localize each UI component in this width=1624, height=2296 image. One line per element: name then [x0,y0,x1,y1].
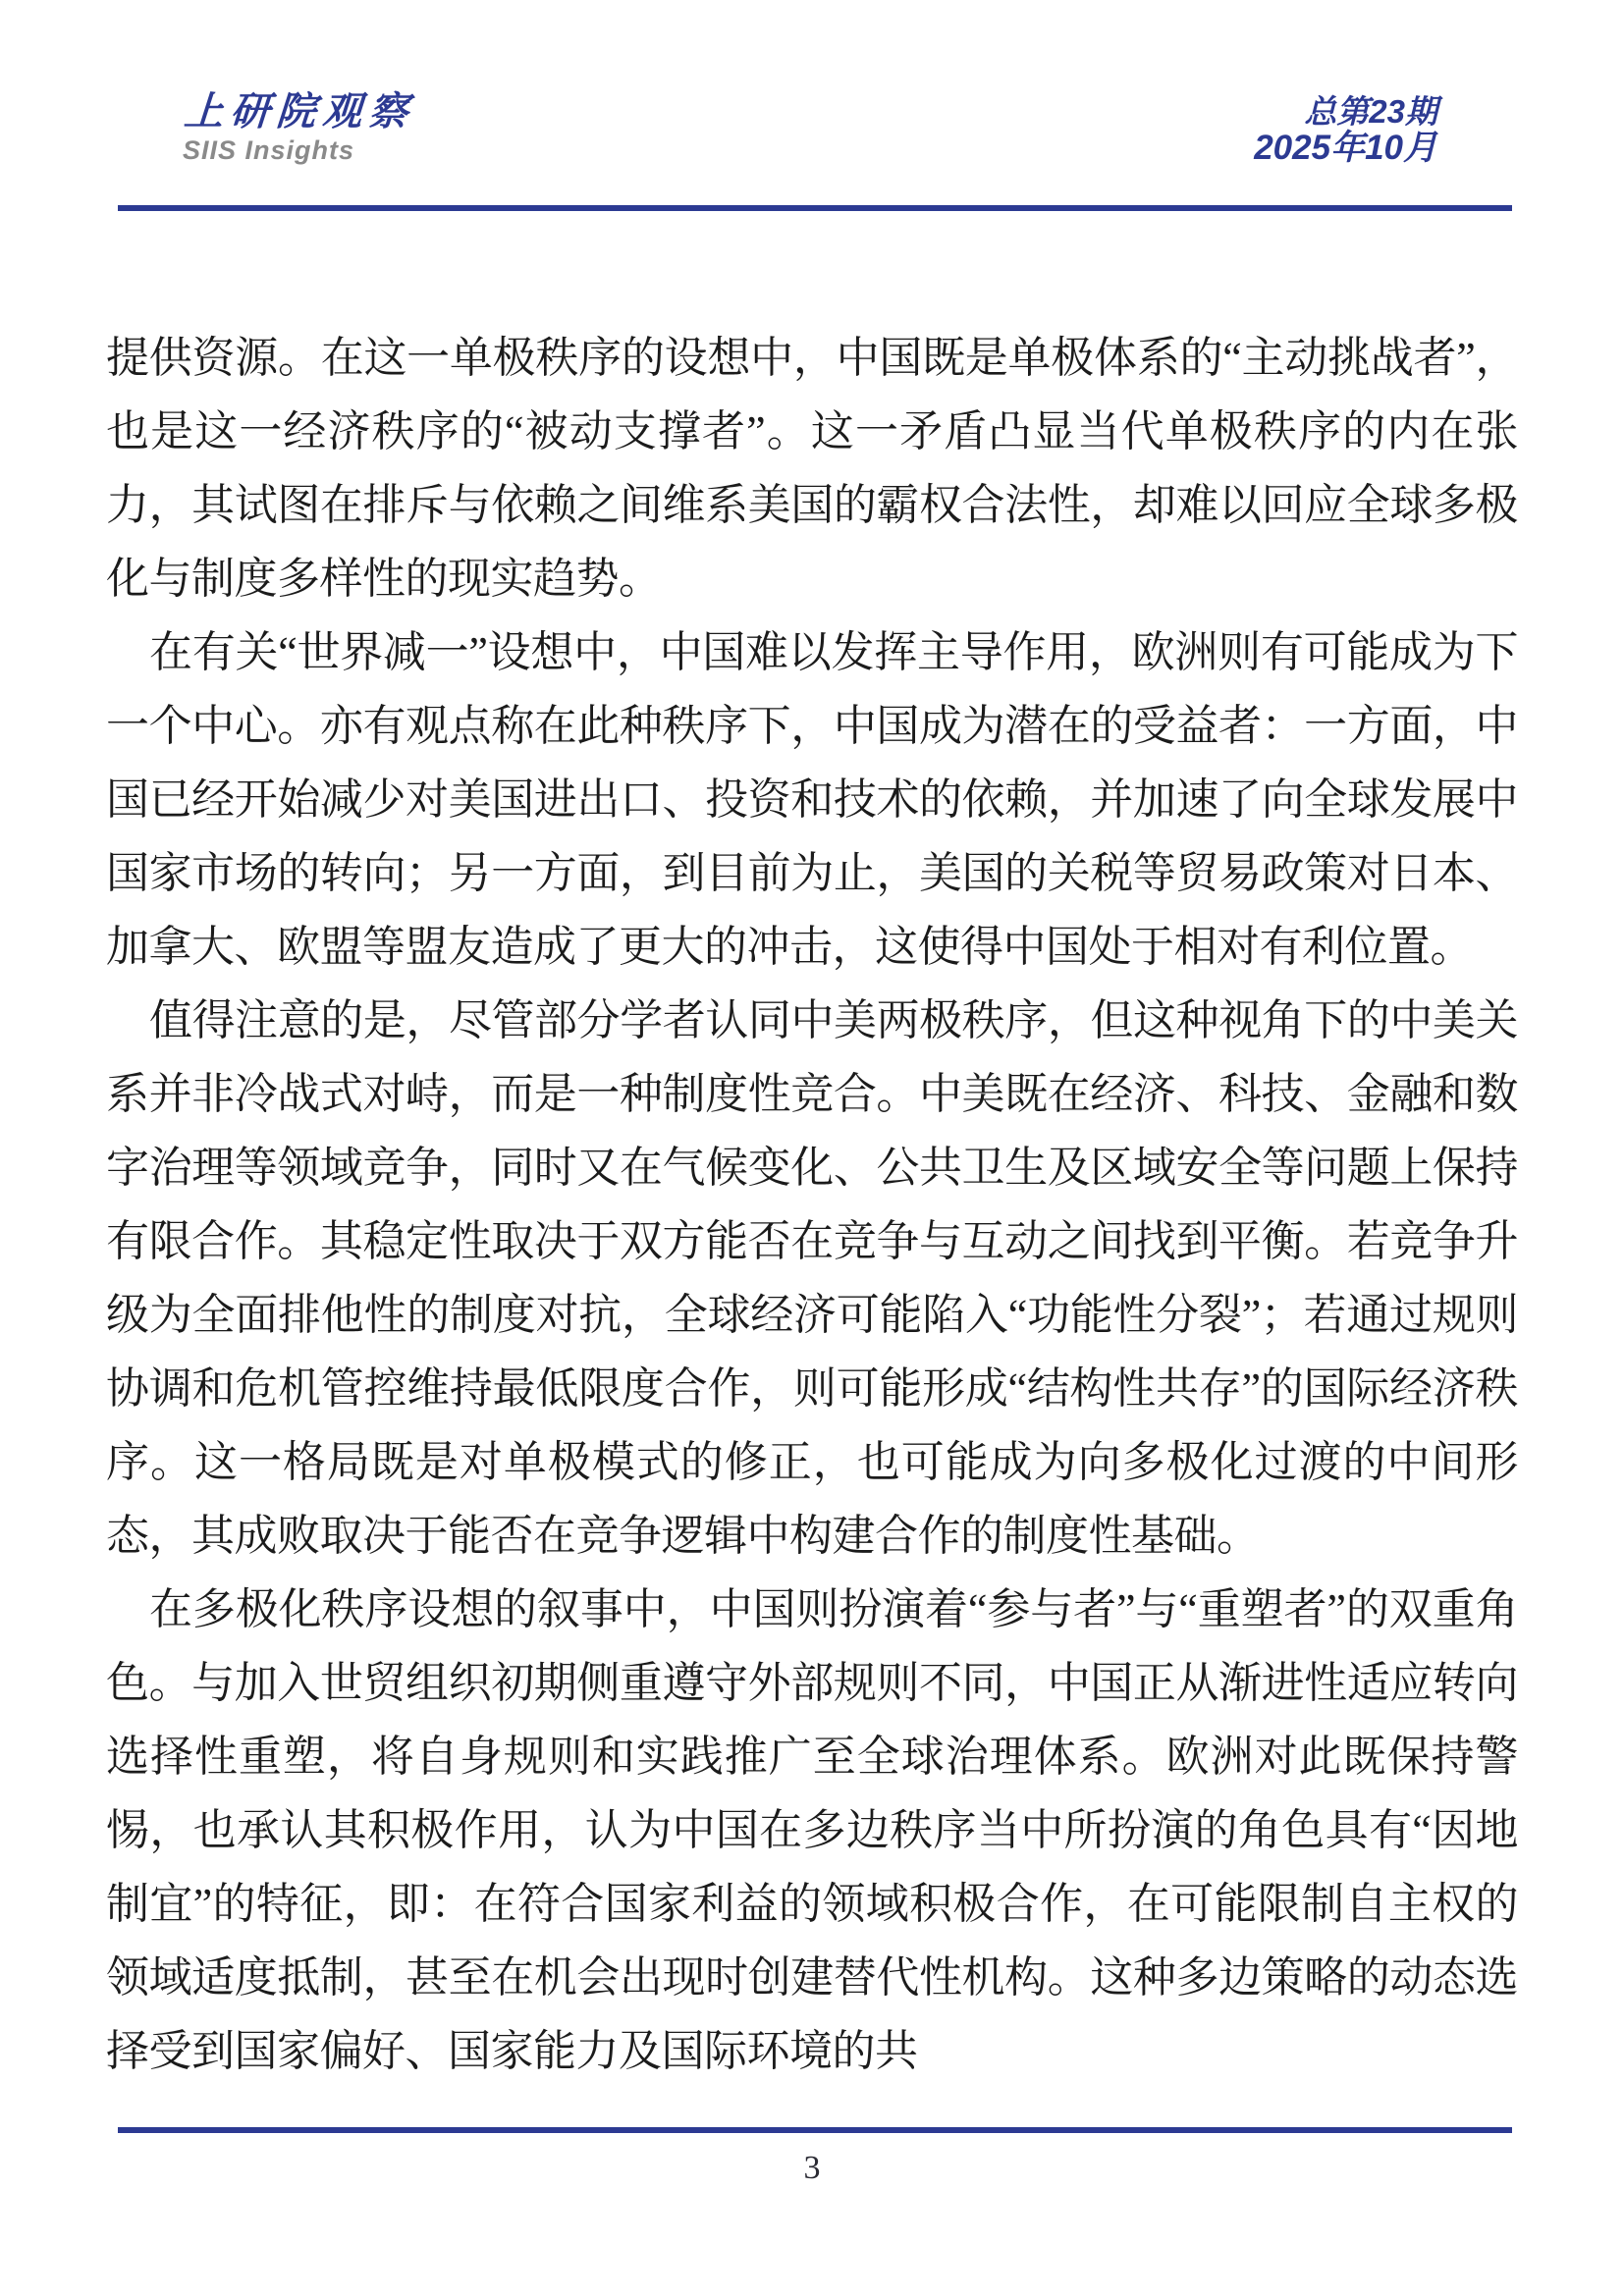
issue-info: 总第23期 2025年10月 [1254,94,1437,166]
paragraph: 提供资源。在这一单极秩序的设想中，中国既是单极体系的“主动挑战者”，也是这一经济… [106,321,1518,615]
journal-logo-chinese: 上研院观察 [183,90,416,133]
issue-date: 2025年10月 [1254,130,1437,166]
header-divider-rule [118,205,1512,211]
page-number: 3 [0,2150,1624,2187]
issue-number: 总第23期 [1254,94,1437,129]
document-page: 上研院观察 SIIS Insights 总第23期 2025年10月 提供资源。… [0,0,1624,2296]
footer-divider-rule [118,2127,1512,2133]
paragraph: 值得注意的是，尽管部分学者认同中美两极秩序，但这种视角下的中美关系并非冷战式对峙… [106,984,1518,1573]
journal-logo-english: SIIS Insights [183,135,413,165]
article-body: 提供资源。在这一单极秩序的设想中，中国既是单极体系的“主动挑战者”，也是这一经济… [106,321,1518,2088]
page-header: 上研院观察 SIIS Insights 总第23期 2025年10月 [0,0,1624,211]
paragraph: 在有关“世界减一”设想中，中国难以发挥主导作用，欧洲则有可能成为下一个中心。亦有… [106,615,1518,984]
journal-logo: 上研院观察 SIIS Insights [183,90,413,165]
paragraph: 在多极化秩序设想的叙事中，中国则扮演着“参与者”与“重塑者”的双重角色。与加入世… [106,1573,1518,2088]
